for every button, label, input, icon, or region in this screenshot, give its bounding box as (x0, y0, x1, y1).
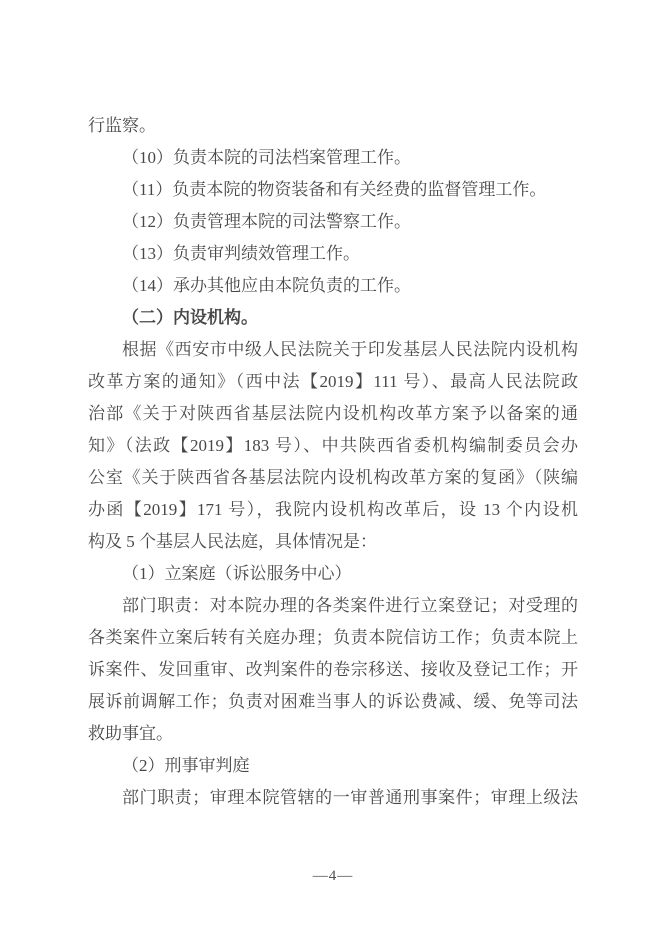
text-line: 知》（法政【2019】183 号）、中共陕西省委机构编制委员会办 (88, 430, 578, 462)
list-item: （10）负责本院的司法档案管理工作。 (88, 142, 578, 174)
text-line: 救助事宜。 (88, 718, 578, 750)
list-item: （13）负责审判绩效管理工作。 (88, 238, 578, 270)
text-line: 治部《关于对陕西省基层法院内设机构改革方案予以备案的通 (88, 398, 578, 430)
page-number: —4— (88, 866, 578, 886)
text-line: 部门职责；审理本院管辖的一审普通刑事案件；审理上级法 (88, 782, 578, 814)
text-line: 办函【2019】171 号），我院内设机构改革后，设 13 个内设机 (88, 494, 578, 526)
list-item: （14）承办其他应由本院负责的工作。 (88, 270, 578, 302)
section-heading: （二）内设机构。 (88, 302, 578, 334)
text-line: 根据《西安市中级人民法院关于印发基层人民法院内设机构 (88, 334, 578, 366)
text-line: 构及 5 个基层人民法庭，具体情况是： (88, 526, 578, 558)
text-line: 公室《关于陕西省各基层法院内设机构改革方案的复函》（陕编 (88, 462, 578, 494)
text-line: 展诉前调解工作；负责对困难当事人的诉讼费减、缓、免等司法 (88, 686, 578, 718)
text-line: 各类案件立案后转有关庭办理；负责本院信访工作；负责本院上 (88, 622, 578, 654)
text-line: 行监察。 (88, 110, 578, 142)
sub-heading: （2）刑事审判庭 (88, 750, 578, 782)
document-body: 行监察。 （10）负责本院的司法档案管理工作。 （11）负责本院的物资装备和有关… (88, 110, 578, 814)
sub-heading: （1）立案庭（诉讼服务中心） (88, 558, 578, 590)
list-item: （11）负责本院的物资装备和有关经费的监督管理工作。 (88, 174, 578, 206)
document-page: 行监察。 （10）负责本院的司法档案管理工作。 （11）负责本院的物资装备和有关… (0, 0, 662, 936)
text-line: 部门职责：对本院办理的各类案件进行立案登记；对受理的 (88, 590, 578, 622)
text-line: 诉案件、发回重审、改判案件的卷宗移送、接收及登记工作；开 (88, 654, 578, 686)
text-line: 改革方案的通知》（西中法【2019】111 号）、最高人民法院政 (88, 366, 578, 398)
list-item: （12）负责管理本院的司法警察工作。 (88, 206, 578, 238)
